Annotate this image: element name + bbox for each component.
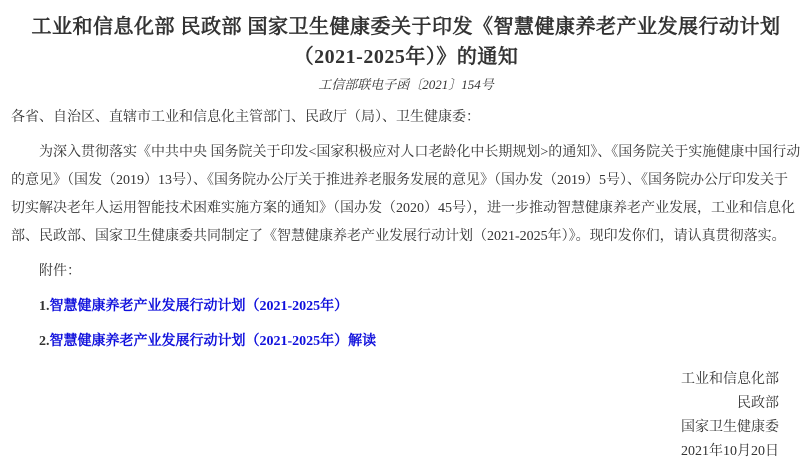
signature-org-nhc: 国家卫生健康委 [11, 416, 779, 440]
signature-org-miit: 工业和信息化部 [11, 368, 779, 392]
attachment-link-interpretation[interactable]: 智慧健康养老产业发展行动计划（2021-2025年）解读 [50, 334, 377, 349]
body-paragraph: 为深入贯彻落实《中共中央 国务院关于印发<国家积极应对人口老龄化中长期规划>的通… [11, 139, 801, 251]
attachments-label: 附件： [11, 258, 801, 286]
notice-page: 工业和信息化部 民政部 国家卫生健康委关于印发《智慧健康养老产业发展行动计划（2… [0, 0, 812, 457]
attachment-link-action-plan[interactable]: 智慧健康养老产业发展行动计划（2021-2025年） [50, 299, 349, 314]
attachment-number: 1. [39, 299, 50, 314]
document-number: 工信部联电子函〔2021〕154号 [11, 76, 801, 94]
attachment-item: 2.智慧健康养老产业发展行动计划（2021-2025年）解读 [11, 328, 801, 356]
signature-block: 工业和信息化部 民政部 国家卫生健康委 2021年10月20日 [11, 368, 801, 457]
salutation-line: 各省、自治区、直辖市工业和信息化主管部门、民政厅（局）、卫生健康委： [11, 104, 801, 132]
signature-date: 2021年10月20日 [11, 440, 779, 457]
document-title: 工业和信息化部 民政部 国家卫生健康委关于印发《智慧健康养老产业发展行动计划（2… [20, 12, 792, 72]
attachment-item: 1.智慧健康养老产业发展行动计划（2021-2025年） [11, 293, 801, 321]
attachment-number: 2. [39, 334, 50, 349]
signature-org-mca: 民政部 [11, 392, 779, 416]
